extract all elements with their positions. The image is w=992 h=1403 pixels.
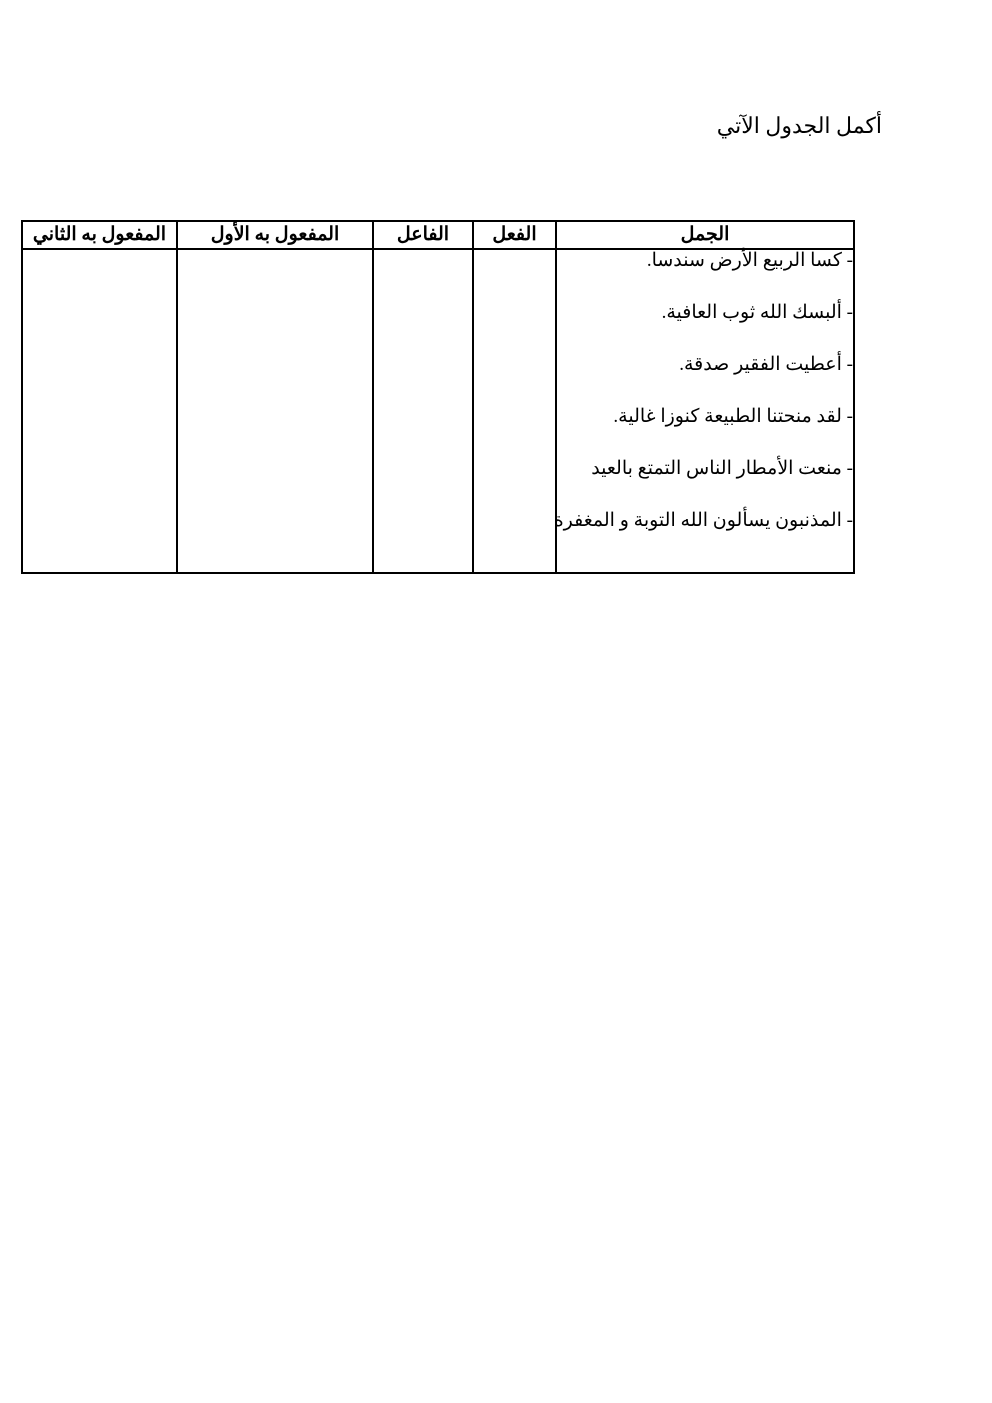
verb-answer-cell xyxy=(473,249,556,573)
table-header-row: الجمل الفعل الفاعل المفعول به الأول المف… xyxy=(22,221,854,249)
sentence-item-6: - المذنبون يسألون الله التوبة و المغفرة xyxy=(557,510,853,531)
column-header-second-object: المفعول به الثاني xyxy=(22,221,177,249)
subject-answer-cell xyxy=(373,249,473,573)
sentence-item-4: - لقد منحتنا الطبيعة كنوزا غالية. xyxy=(557,406,853,427)
page-title: أكمل الجدول الآتي xyxy=(717,112,882,140)
sentence-item-1: - كسا الربيع الأرض سندسا. xyxy=(557,250,853,271)
sentence-item-5: - منعت الأمطار الناس التمتع بالعيد xyxy=(557,458,853,479)
sentences-cell: - كسا الربيع الأرض سندسا. - ألبسك الله ث… xyxy=(556,249,854,573)
column-header-verb: الفعل xyxy=(473,221,556,249)
grammar-table: الجمل الفعل الفاعل المفعول به الأول المف… xyxy=(21,220,855,574)
second-object-answer-cell xyxy=(22,249,177,573)
sentence-item-2: - ألبسك الله ثوب العافية. xyxy=(557,302,853,323)
column-header-subject: الفاعل xyxy=(373,221,473,249)
first-object-answer-cell xyxy=(177,249,373,573)
table-body-row: - كسا الربيع الأرض سندسا. - ألبسك الله ث… xyxy=(22,249,854,573)
column-header-first-object: المفعول به الأول xyxy=(177,221,373,249)
sentence-item-3: - أعطيت الفقير صدقة. xyxy=(557,354,853,375)
column-header-sentences: الجمل xyxy=(556,221,854,249)
